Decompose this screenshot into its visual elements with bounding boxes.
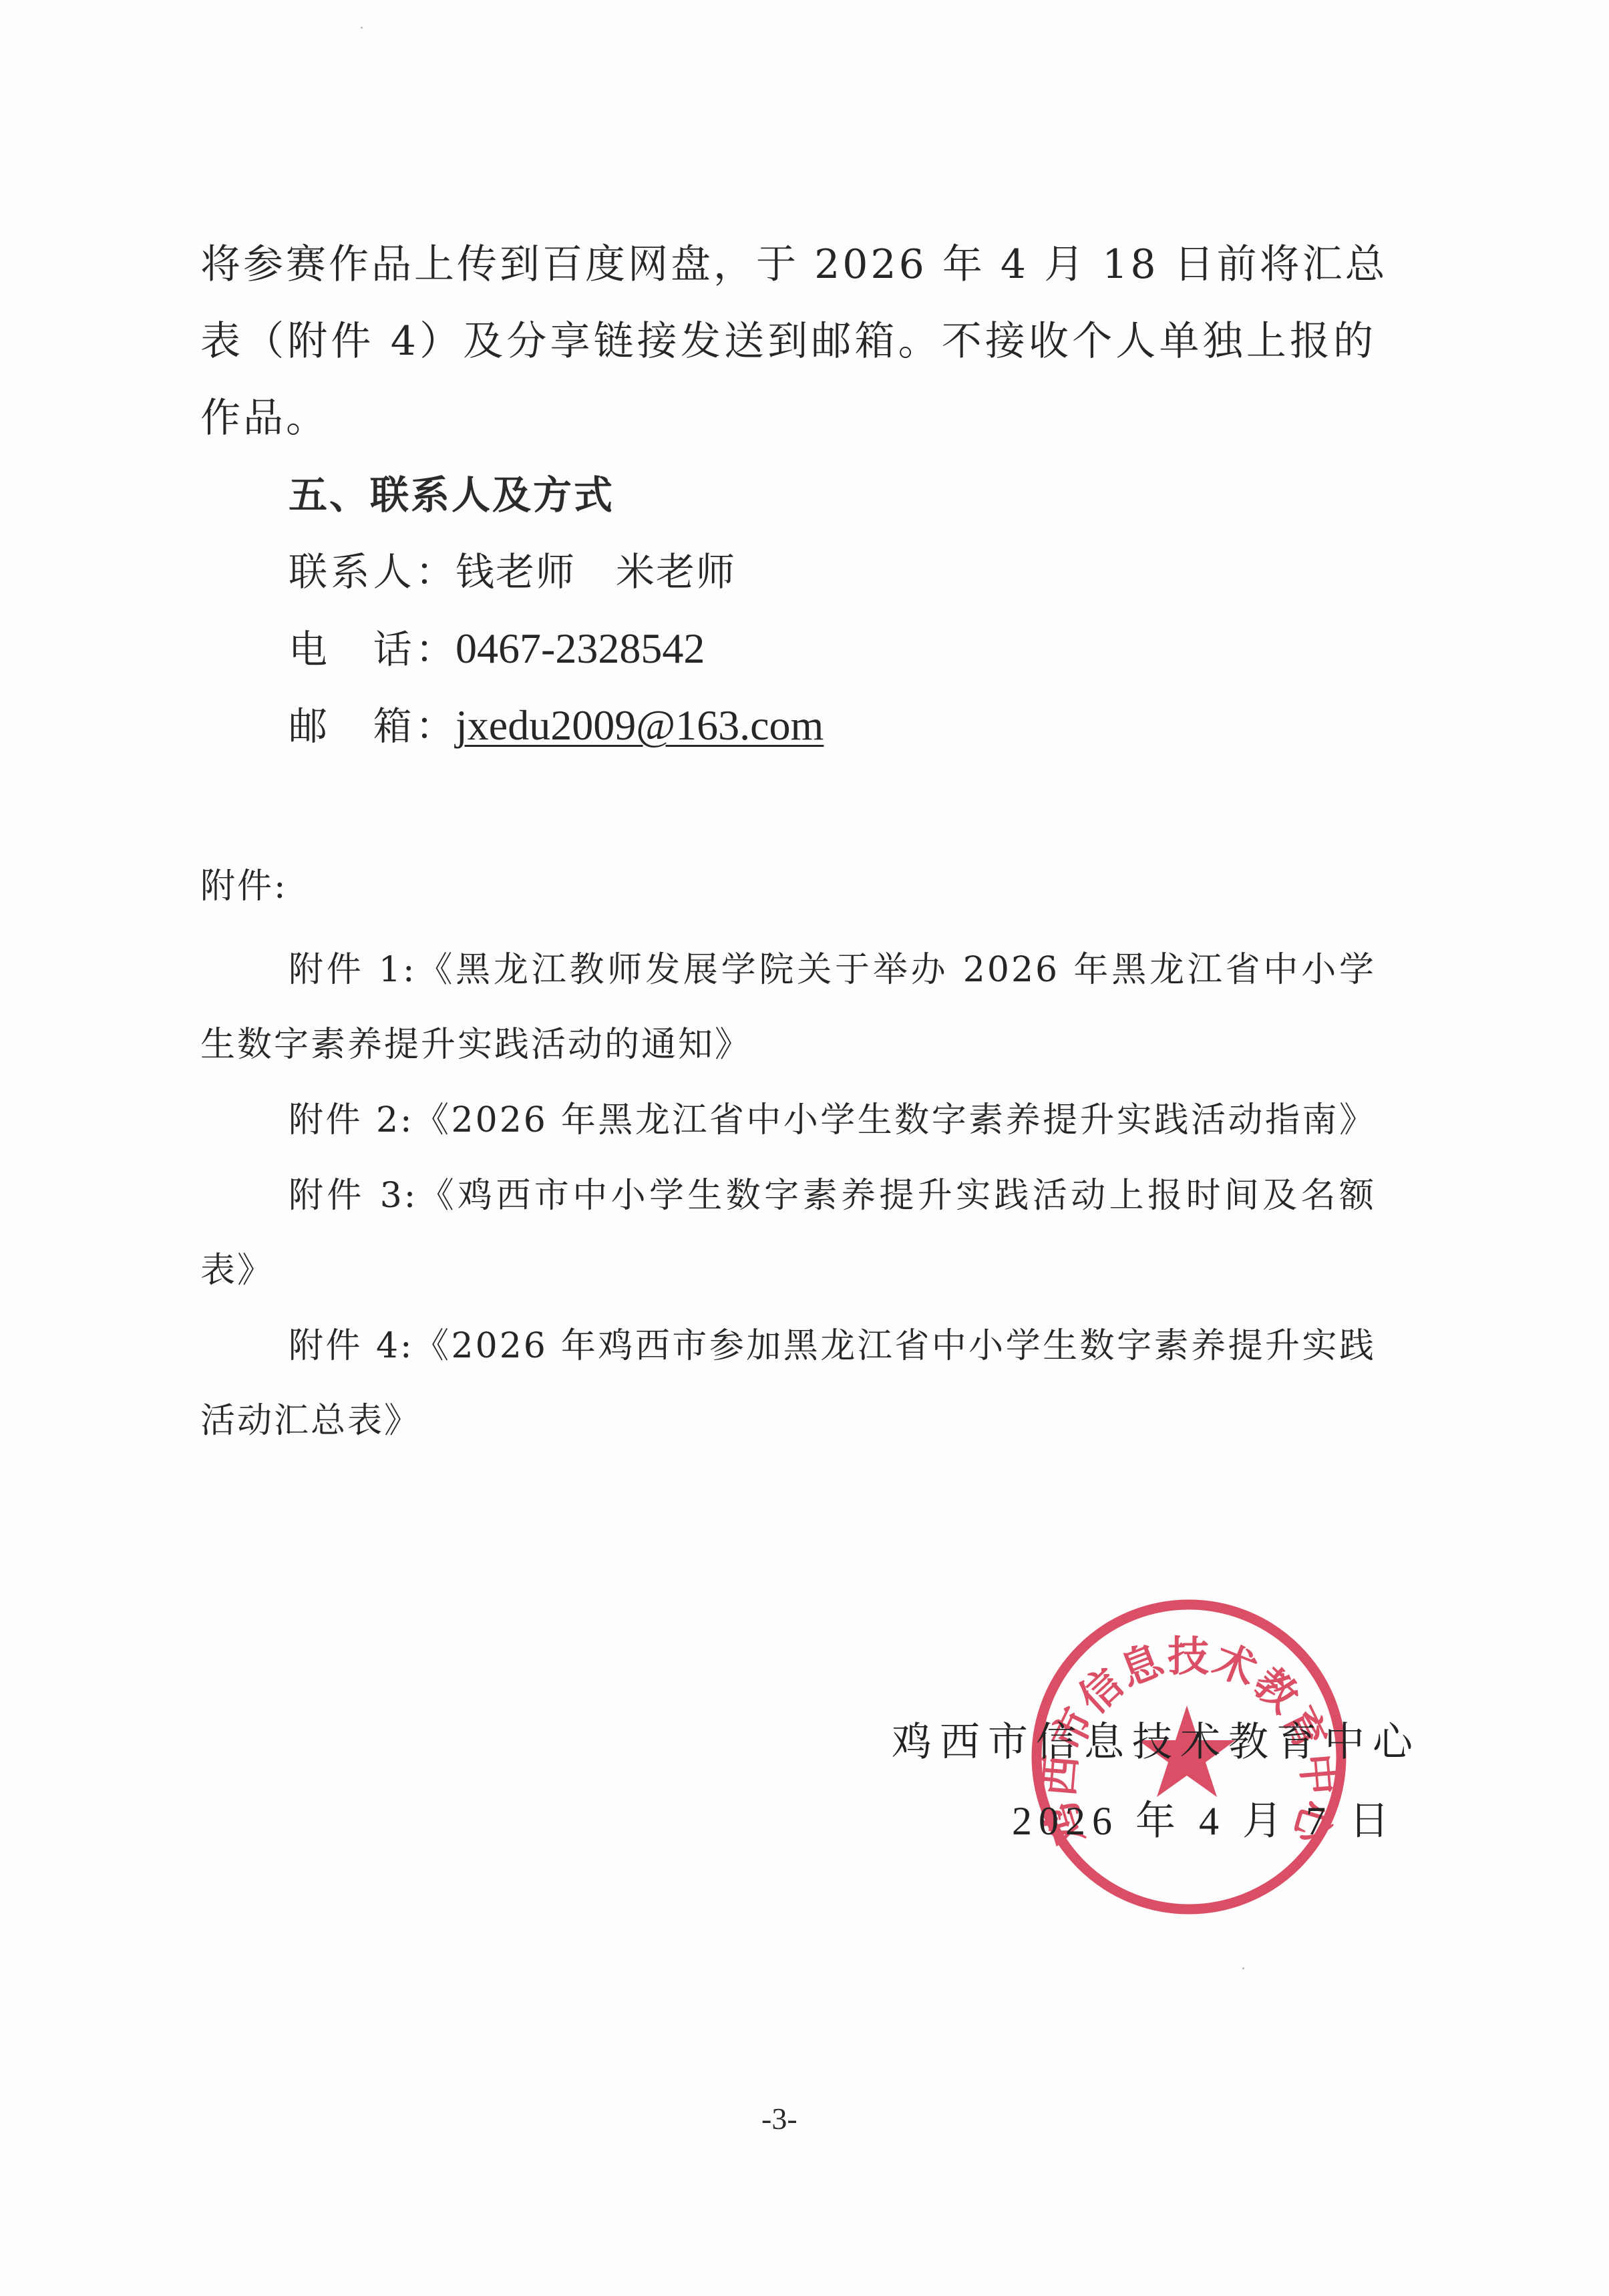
body-line-3: 作品。 [200,394,1376,442]
phone-label: 电 话： [289,625,456,673]
body-line-2: 表（附件 4）及分享链接发送到邮箱。不接收个人单独上报的 [200,317,1376,365]
contact-persons-label: 联系人： [289,548,456,596]
page-number: -3- [761,2101,797,2136]
contact-persons-row: 联系人：钱老师 米老师 [289,548,736,596]
attachment-3-line-1: 附件 3:《鸡西市中小学生数字素养提升实践活动上报时间及名额 [289,1174,1376,1217]
email-link[interactable]: jxedu2009@163.com [456,701,824,749]
email-row: 邮 箱：jxedu2009@163.com [289,701,824,750]
phone-row: 电 话：0467-2328542 [289,625,705,673]
attachment-2-line-1: 附件 2:《2026 年黑龙江省中小学生数字素养提升实践活动指南》 [289,1099,1376,1142]
attachment-1-line-2: 生数字素养提升实践活动的通知》 [200,1023,751,1066]
attachment-4-line-2: 活动汇总表》 [200,1400,421,1442]
scan-speck [1242,1967,1244,1969]
contact-persons-value: 钱老师 米老师 [456,549,736,595]
email-label: 邮 箱： [289,702,456,750]
document-page: 将参赛作品上传到百度网盘，于 2026 年 4 月 18 日前将汇总 表（附件 … [0,0,1609,2296]
section-heading-contact: 五、联系人及方式 [289,471,614,519]
attachment-1-line-1: 附件 1:《黑龙江教师发展学院关于举办 2026 年黑龙江省中小学 [289,949,1376,991]
scan-speck [361,27,363,29]
attachment-3-line-2: 表》 [200,1249,274,1292]
signature-date: 2026 年 4 月 7 日 [1012,1797,1396,1845]
signature-organization: 鸡西市信息技术教育中心 [892,1718,1421,1766]
body-line-1: 将参赛作品上传到百度网盘，于 2026 年 4 月 18 日前将汇总 [200,240,1376,289]
attachments-title: 附件: [200,865,288,908]
phone-value: 0467-2328542 [456,625,705,672]
attachment-4-line-1: 附件 4:《2026 年鸡西市参加黑龙江省中小学生数字素养提升实践 [289,1325,1376,1367]
